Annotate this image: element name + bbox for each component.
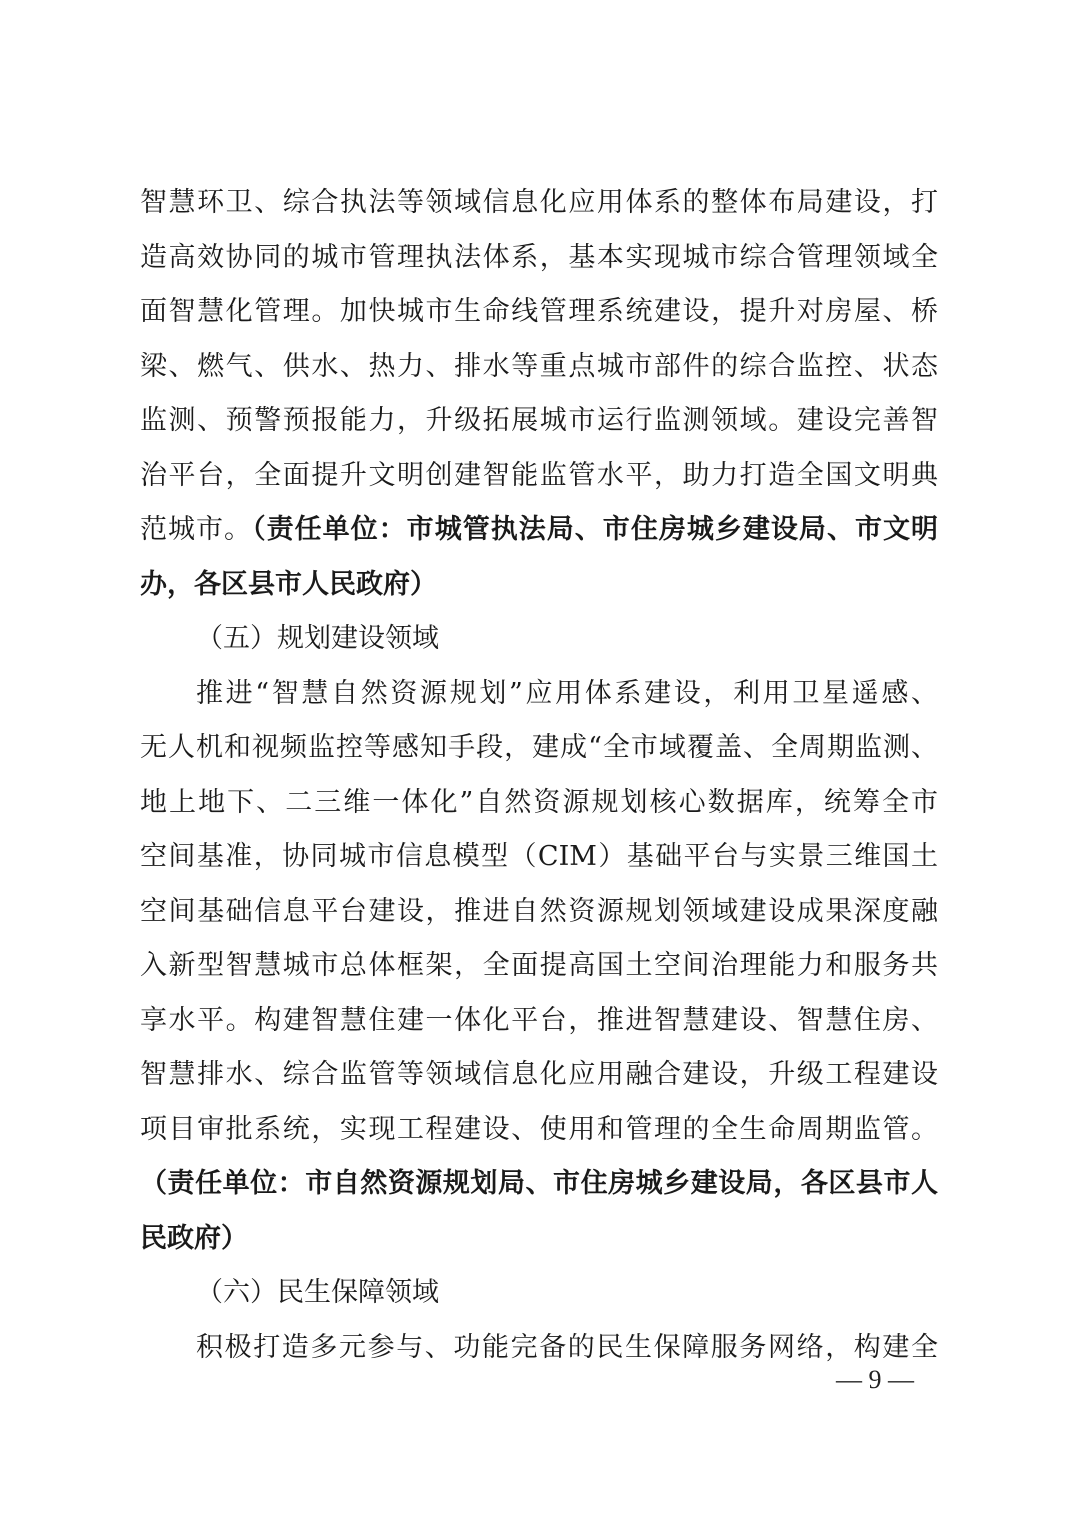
page-number: — 9 — <box>800 1360 950 1400</box>
document-page: 智慧环卫、综合执法等领域信息化应用体系的整体布局建设，打 造高效协同的城市管理执… <box>0 0 1074 1520</box>
paragraph-line-15: 入新型智慧城市总体框架，全面提高国土空间治理能力和服务共 <box>140 939 938 994</box>
paragraph-line-2: 造高效协同的城市管理执法体系，基本实现城市综合管理领域全 <box>140 231 938 286</box>
paragraph-line-6: 治平台，全面提升文明创建智能监管水平，助力打造全国文明典 <box>140 449 938 504</box>
section-heading-6: （六）民生保障领域 <box>140 1266 938 1321</box>
responsible-units-line-2: （责任单位：市自然资源规划局、市住房城乡建设局，各区县市人 <box>140 1157 938 1212</box>
paragraph-line-3: 面智慧化管理。加快城市生命线管理系统建设，提升对房屋、桥 <box>140 285 938 340</box>
responsible-units-line-3: 民政府） <box>140 1212 938 1267</box>
document-body: 智慧环卫、综合执法等领域信息化应用体系的整体布局建设，打 造高效协同的城市管理执… <box>140 176 938 1375</box>
paragraph-line-16: 享水平。构建智慧住建一体化平台，推进智慧建设、智慧住房、 <box>140 994 938 1049</box>
paragraph-line-14: 空间基础信息平台建设，推进自然资源规划领域建设成果深度融 <box>140 885 938 940</box>
paragraph-line-11: 无人机和视频监控等感知手段，建成“全市域覆盖、全周期监测、 <box>140 721 938 776</box>
paragraph-line-13: 空间基准，协同城市信息模型（CIM）基础平台与实景三维国土 <box>140 830 938 885</box>
paragraph-line-18: 项目审批系统，实现工程建设、使用和管理的全生命周期监管。 <box>140 1103 938 1158</box>
paragraph-line-10: 推进“智慧自然资源规划”应用体系建设，利用卫星遥感、 <box>140 667 938 722</box>
paragraph-line-5: 监测、预警预报能力，升级拓展城市运行监测领域。建设完善智 <box>140 394 938 449</box>
paragraph-text: 范城市。 <box>140 514 252 545</box>
paragraph-line-4: 梁、燃气、供水、热力、排水等重点城市部件的综合监控、状态 <box>140 340 938 395</box>
paragraph-line-17: 智慧排水、综合监管等领域信息化应用融合建设，升级工程建设 <box>140 1048 938 1103</box>
paragraph-line-7: 范城市。（责任单位：市城管执法局、市住房城乡建设局、市文明 <box>140 503 938 558</box>
responsible-units-text: （责任单位：市城管执法局、市住房城乡建设局、市文明 <box>252 514 938 545</box>
paragraph-line-1: 智慧环卫、综合执法等领域信息化应用体系的整体布局建设，打 <box>140 176 938 231</box>
paragraph-line-12: 地上地下、二三维一体化”自然资源规划核心数据库，统筹全市 <box>140 776 938 831</box>
section-heading-5: （五）规划建设领域 <box>140 612 938 667</box>
responsible-units-line: 办，各区县市人民政府） <box>140 558 938 613</box>
